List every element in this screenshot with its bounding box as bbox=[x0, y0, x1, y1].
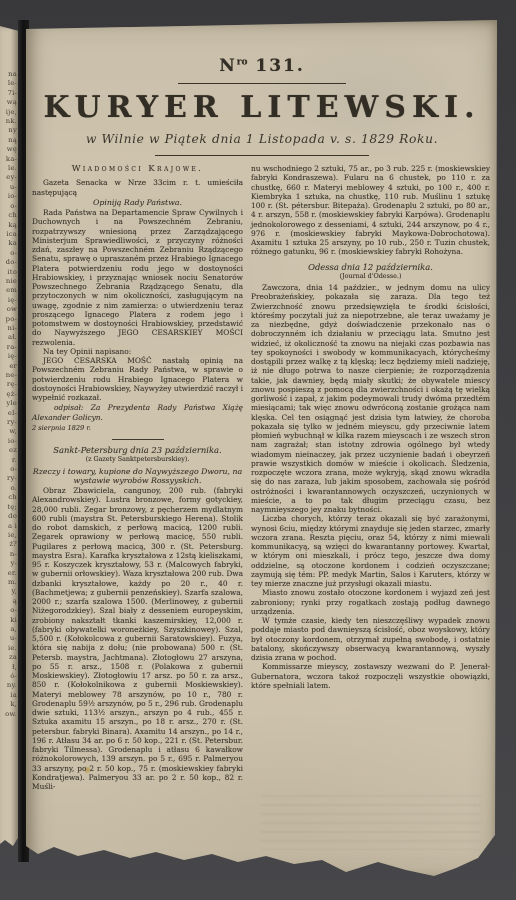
section-rule bbox=[112, 439, 164, 440]
article-block: Rada Państwa na Departamencie Spraw Cywi… bbox=[32, 208, 243, 347]
article-block: Wiadomości Krajowe. bbox=[32, 165, 243, 174]
adjacent-page-text-fragment: ki bbox=[0, 616, 17, 625]
adjacent-page-text-fragment: ał. bbox=[0, 333, 17, 342]
adjacent-page-text-fragment: y, bbox=[0, 587, 17, 596]
adjacent-page-edge: nale-7i-wąije,nk.nynąwęka-le.ey-u-io-o-c… bbox=[0, 26, 19, 858]
article-block: Zawczora, dnia 14 paździer., w jednym do… bbox=[251, 283, 490, 514]
dateline: w Wilnie w Piątek dnia 1 Listopada v. s.… bbox=[26, 132, 498, 146]
adjacent-page-text-fragment: o- bbox=[0, 606, 17, 615]
adjacent-page-text-fragment: yle bbox=[0, 399, 17, 408]
issue-number-prefix: N bbox=[219, 56, 237, 76]
article-block: 2 sierpnia 1829 r. bbox=[32, 424, 243, 433]
issue-number-sup: ro bbox=[237, 57, 248, 67]
article-block: Gazeta Senacka w Nrze 33cim r. t. umieśc… bbox=[32, 178, 243, 197]
adjacent-page-text-fragment: ow bbox=[0, 305, 17, 314]
adjacent-page-text-fragment: em bbox=[0, 286, 17, 295]
adjacent-page-text-fragment: ie, bbox=[0, 531, 17, 540]
adjacent-page-text-fragment: y- bbox=[0, 559, 17, 568]
masthead: Nro 131. KURYER LITEWSKI. w Wilnie w Pią… bbox=[26, 20, 498, 156]
adjacent-page-text-fragment: le- bbox=[0, 79, 17, 88]
article-block: Obraz Zbawiciela, cangunoy, 200 rub. (fa… bbox=[32, 486, 243, 791]
article-block: odpisał: Za Prezydenta Rady Państwa Xiąż… bbox=[32, 403, 243, 422]
issue-number-value: 131. bbox=[247, 56, 304, 76]
adjacent-page-text-fragment: el- bbox=[0, 409, 17, 418]
adjacent-page-text-fragment: ra- bbox=[0, 343, 17, 352]
adjacent-page-text-fragment: k, bbox=[0, 700, 17, 709]
article-block: Na tey Opinii napisano: bbox=[32, 347, 243, 356]
adjacent-page-text-fragment: ne- bbox=[0, 371, 17, 380]
article-block: W tymże czasie, kiedy ten nieszczęśliwy … bbox=[251, 616, 490, 662]
adjacent-page-text-fragment: io- bbox=[0, 192, 17, 201]
adjacent-page-text-fragment: r. bbox=[0, 456, 17, 465]
adjacent-page-text-fragment: w, bbox=[0, 427, 17, 436]
adjacent-page-text-fragment: u- bbox=[0, 183, 17, 192]
adjacent-page-text-fragment: ą bbox=[0, 597, 17, 606]
adjacent-page-text-fragment: ry- bbox=[0, 474, 17, 483]
adjacent-page-text-fragment: u- bbox=[0, 634, 17, 643]
adjacent-page-text-fragment: ny. bbox=[0, 681, 17, 690]
adjacent-page-text-fragment: ey- bbox=[0, 173, 17, 182]
article-block: (z Gazety Sanktpetersburskiey). bbox=[32, 455, 243, 464]
article-block: Liczba chorych, którzy teraz okazali się… bbox=[251, 514, 490, 588]
adjacent-page-text-fragment: n- bbox=[0, 550, 17, 559]
adjacent-page-text-fragment: ię- bbox=[0, 352, 17, 361]
article-columns: Wiadomości Krajowe.Gazeta Senacka w Nrze… bbox=[26, 156, 498, 791]
adjacent-page-text-fragment: io- bbox=[0, 437, 17, 446]
adjacent-page-text-fragment: 7i- bbox=[0, 89, 17, 98]
article-block: JEGO CESARSKA MOŚĆ nastałą opinią na Pow… bbox=[32, 356, 243, 402]
article-block: Rzeczy i towary, kupione do Naywyższego … bbox=[32, 467, 243, 486]
adjacent-page-text-fragment: a i bbox=[0, 522, 17, 531]
adjacent-page-text-fragment: ny bbox=[0, 126, 17, 135]
adjacent-page-text-fragment: ije, bbox=[0, 108, 17, 117]
adjacent-page-text-fragment: na bbox=[0, 70, 17, 79]
adjacent-page-text-fragment: nie bbox=[0, 277, 17, 286]
adjacent-page-text-fragment: wę bbox=[0, 145, 17, 154]
bleed-through-ghost bbox=[261, 795, 481, 850]
adjacent-page-text-fragment: ź? bbox=[0, 540, 17, 549]
adjacent-page-text-fragment: ni- bbox=[0, 324, 17, 333]
adjacent-page-text-fragment: o- bbox=[0, 465, 17, 474]
adjacent-page-text-fragment: ką bbox=[0, 221, 17, 230]
adjacent-page-text-fragment: a, bbox=[0, 625, 17, 634]
article-block: Odessa dnia 12 października. bbox=[251, 263, 490, 272]
adjacent-page-text-fragment: o- bbox=[0, 202, 17, 211]
adjacent-page-fragments: nale-7i-wąije,nk.nynąwęka-le.ey-u-io-o-c… bbox=[0, 26, 19, 719]
adjacent-page-text-fragment: ó- bbox=[0, 672, 17, 681]
adjacent-page-text-fragment: rę- bbox=[0, 380, 17, 389]
adjacent-page-text-fragment: do- bbox=[0, 258, 17, 267]
adjacent-page-text-fragment: ow. bbox=[0, 710, 17, 719]
adjacent-page-text-fragment: ry- bbox=[0, 418, 17, 427]
adjacent-page-text-fragment: ną bbox=[0, 136, 17, 145]
article-block: Kommissarze mieyscy, zostawszy wezwani d… bbox=[251, 662, 490, 690]
article-block: (Journal d'Odesse.) bbox=[251, 272, 490, 281]
adjacent-page-text-fragment: ch bbox=[0, 211, 17, 220]
article-block: Sankt-Petersburg dnia 23 października. bbox=[32, 446, 243, 455]
article-block: Miasto znowu zostało otoczone kordonem i… bbox=[251, 588, 490, 616]
newspaper-title: KURYER LITEWSKI. bbox=[26, 90, 498, 125]
article-block: Opiniją Rady Państwa. bbox=[32, 198, 243, 207]
adjacent-page-text-fragment: ica bbox=[0, 230, 17, 239]
adjacent-page-text-fragment: do bbox=[0, 512, 17, 521]
adjacent-page-text-fragment: tę; bbox=[0, 503, 17, 512]
adjacent-page-text-fragment: ie. bbox=[0, 644, 17, 653]
newspaper-page: Nro 131. KURYER LITEWSKI. w Wilnie w Pią… bbox=[26, 20, 498, 882]
right-column: nu wschodniego 2 sztuki, 75 ar., po 3 ru… bbox=[251, 164, 490, 791]
adjacent-page-text-fragment: ł, bbox=[0, 663, 17, 672]
adjacent-page-text-fragment: ch bbox=[0, 493, 17, 502]
adjacent-page-text-fragment: er. bbox=[0, 569, 17, 578]
adjacent-page-text-fragment: wą bbox=[0, 98, 17, 107]
adjacent-page-text-fragment: po- bbox=[0, 315, 17, 324]
adjacent-page-text-fragment: ka- bbox=[0, 155, 17, 164]
adjacent-page-text-fragment: m. bbox=[0, 578, 17, 587]
adjacent-page-text-fragment: ię- bbox=[0, 296, 17, 305]
adjacent-page-text-fragment: ez bbox=[0, 446, 17, 455]
adjacent-page-text-fragment: ito bbox=[0, 268, 17, 277]
adjacent-page-text-fragment: ka bbox=[0, 239, 17, 248]
article-block: nu wschodniego 2 sztuki, 75 ar., po 3 ru… bbox=[251, 164, 490, 257]
masthead-rule-top bbox=[178, 83, 346, 84]
adjacent-page-text-fragment: ia bbox=[0, 691, 17, 700]
issue-number: Nro 131. bbox=[26, 56, 498, 76]
adjacent-page-text-fragment: za bbox=[0, 653, 17, 662]
left-column: Wiadomości Krajowe.Gazeta Senacka w Nrze… bbox=[32, 164, 243, 791]
adjacent-page-text-fragment: o. bbox=[0, 484, 17, 493]
adjacent-page-text-fragment: o- bbox=[0, 249, 17, 258]
adjacent-page-text-fragment: nk. bbox=[0, 117, 17, 126]
adjacent-page-text-fragment: er bbox=[0, 362, 17, 371]
adjacent-page-text-fragment: ęż- bbox=[0, 390, 17, 399]
adjacent-page-text-fragment: le. bbox=[0, 164, 17, 173]
